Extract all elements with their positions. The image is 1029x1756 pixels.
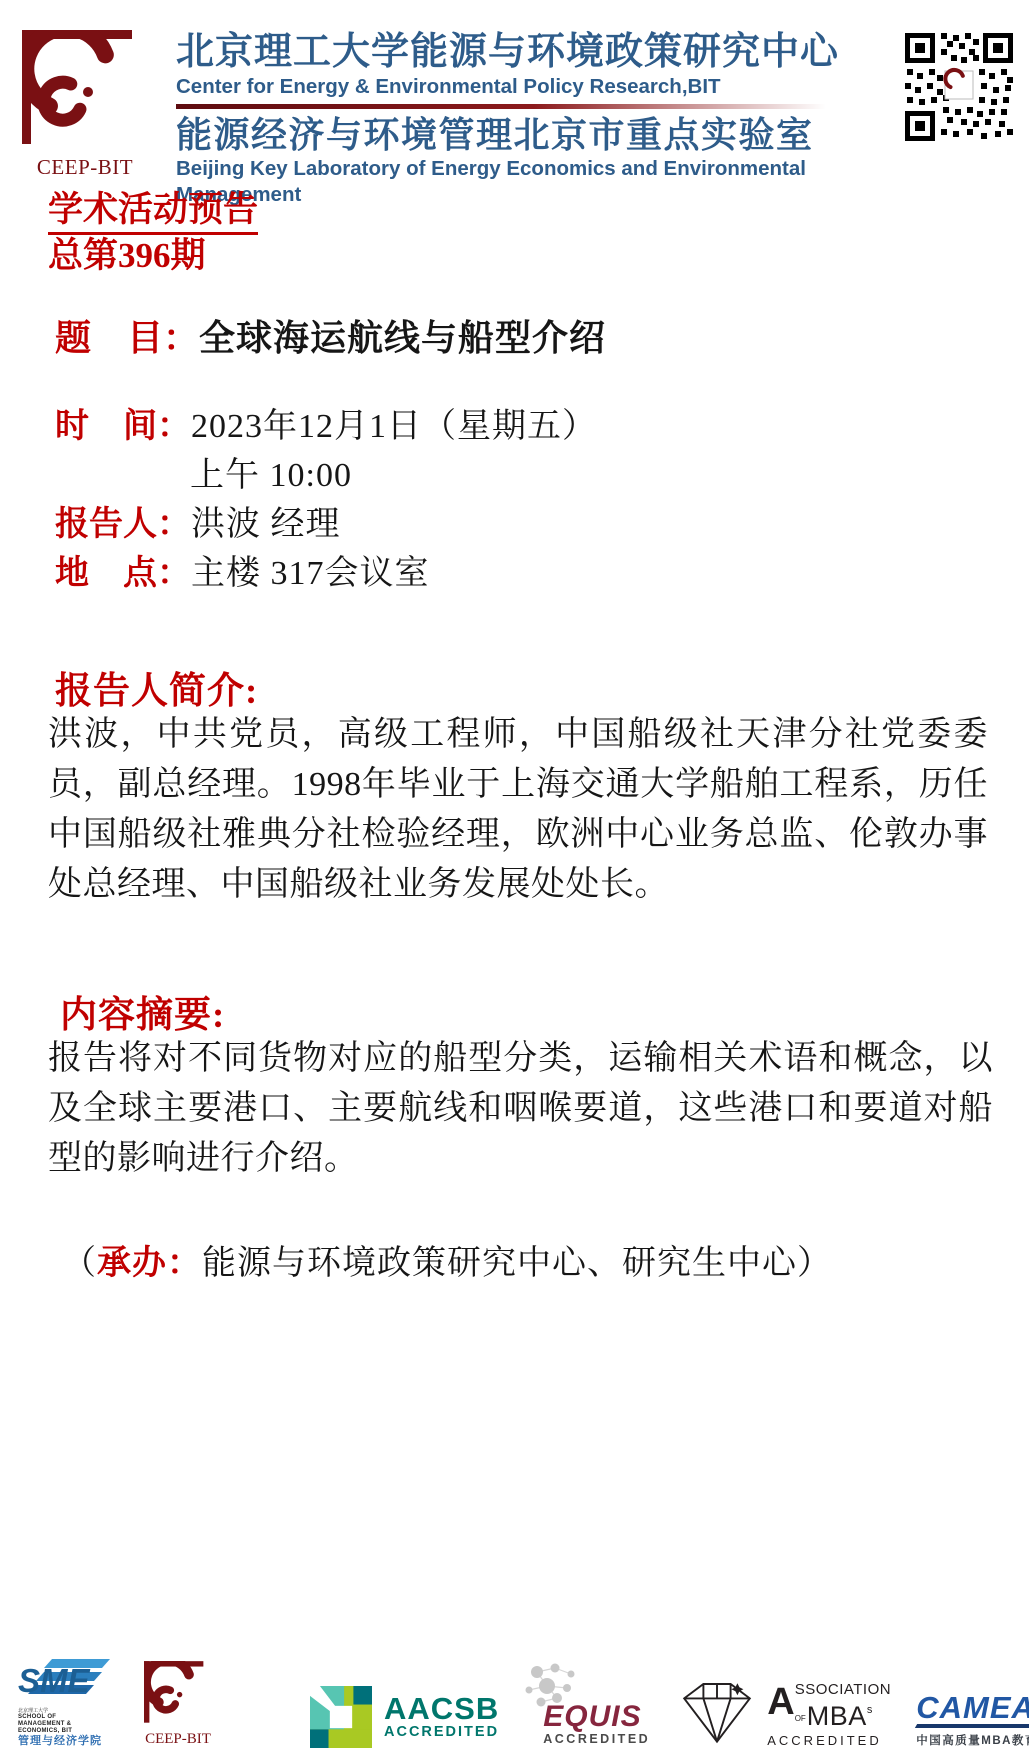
topic-value: 全球海运航线与船型介绍	[199, 318, 606, 358]
ceep-bit-logo: CEEP-BIT	[22, 30, 148, 180]
series-title: 学术活动预告	[48, 182, 258, 232]
accreditation-footer: SME 北京理工大学 SCHOOL OF MANAGEMENT & ECONOM…	[0, 1658, 1029, 1756]
amba-plural-s: s	[867, 1704, 873, 1716]
speaker-intro-heading: 报告人简介:	[55, 660, 258, 714]
amba-wordmark: A SSOCIATION OFMBAs	[767, 1680, 902, 1731]
org-name-cn: 北京理工大学能源与环境政策研究中心	[176, 30, 876, 74]
amba-of: OF	[795, 1709, 806, 1729]
sme-en-line2: MANAGEMENT &	[18, 1721, 112, 1728]
sme-stripes-icon: SME	[18, 1659, 110, 1703]
topic-label: 题 目：	[55, 318, 199, 358]
ceep-bit-footer-logo: CEEP-BIT	[138, 1661, 218, 1748]
time-value-line2: 上午 10:00	[190, 457, 352, 494]
organizer-line: （承办：能源与环境政策研究中心、研究生中心）	[62, 1235, 832, 1284]
aacsb-mark-icon	[310, 1686, 372, 1748]
camea-logo: CAMEA 中国高质量MBA教育认证	[916, 1693, 1029, 1748]
time-value-line1: 2023年12月1日（星期五）	[191, 408, 597, 445]
venue-value: 主楼 317会议室	[191, 555, 430, 592]
lab-name-en: Beijing Key Laboratory of Energy Economi…	[176, 156, 876, 208]
swirl-logo-icon	[144, 1661, 212, 1725]
lab-name-cn: 能源经济与环境管理北京市重点实验室	[176, 114, 876, 156]
sme-en-line1: SCHOOL OF	[18, 1714, 112, 1721]
organizer-label: 承办：	[97, 1245, 202, 1282]
aacsb-tagline: ACCREDITED	[384, 1724, 499, 1741]
issue-number: 总第396期	[48, 228, 206, 278]
ceep-footer-caption: CEEP-BIT	[138, 1731, 218, 1748]
venue-label: 地 点：	[55, 555, 191, 592]
aacsb-logo: AACSB ACCREDITED	[310, 1686, 499, 1748]
camea-cn-tagline: 中国高质量MBA教育认证	[916, 1732, 1029, 1748]
sme-acronym: SME	[18, 1662, 91, 1699]
speaker-intro-body: 洪波，中共党员，高级工程师，中国船级社天津分社党委委员，副总经理。1998年毕业…	[48, 710, 988, 910]
amba-mba: MBA	[807, 1701, 867, 1731]
sme-cn-name: 管理与经济学院	[18, 1735, 112, 1748]
logo-caption: CEEP-BIT	[22, 155, 148, 180]
org-name-en: Center for Energy & Environmental Policy…	[176, 74, 876, 100]
amba-initial: A	[767, 1680, 794, 1724]
organizer-open-paren: （	[62, 1245, 97, 1282]
amba-tagline: ACCREDITED	[767, 1733, 902, 1748]
time-label: 时 间：	[55, 408, 191, 445]
equis-tagline: ACCREDITED	[543, 1732, 650, 1746]
speaker-value: 洪波 经理	[191, 506, 341, 543]
speaker-row: 报告人：洪波 经理	[55, 496, 341, 545]
poster: CEEP-BIT 北京理工大学能源与环境政策研究中心 Center for En…	[0, 0, 1029, 1756]
aacsb-name: AACSB	[384, 1694, 499, 1724]
sme-bit-logo: SME 北京理工大学 SCHOOL OF MANAGEMENT & ECONOM…	[18, 1659, 112, 1748]
topic-row: 题 目：全球海运航线与船型介绍	[55, 310, 606, 361]
camea-name: CAMEA	[916, 1693, 1029, 1723]
equis-name: EQUIS	[543, 1700, 641, 1734]
speaker-label: 报告人：	[55, 506, 191, 543]
organizer-value: 能源与环境政策研究中心、研究生中心）	[202, 1245, 832, 1282]
venue-row: 地 点：主楼 317会议室	[55, 545, 430, 594]
amba-diamond-icon	[671, 1676, 763, 1748]
abstract-body: 报告将对不同货物对应的船型分类，运输相关术语和概念，以及全球主要港口、主要航线和…	[48, 1034, 993, 1184]
amba-logo: A SSOCIATION OFMBAs ACCREDITED	[671, 1676, 902, 1748]
header-divider	[176, 104, 826, 109]
abstract-heading: 内容摘要:	[60, 984, 225, 1038]
swirl-logo-icon	[22, 30, 148, 148]
time-row-line2: 上午 10:00	[190, 447, 352, 496]
aacsb-text: AACSB ACCREDITED	[384, 1694, 499, 1741]
qr-code-icon	[903, 31, 1015, 143]
camea-underline	[915, 1724, 1029, 1728]
amba-text: A SSOCIATION OFMBAs ACCREDITED	[767, 1680, 902, 1748]
equis-logo: EQUIS ACCREDITED	[523, 1674, 655, 1748]
header-titles: 北京理工大学能源与环境政策研究中心 Center for Energy & En…	[176, 30, 876, 208]
sme-en-line3: ECONOMICS, BIT	[18, 1728, 112, 1735]
time-row: 时 间：2023年12月1日（星期五）	[55, 398, 597, 447]
